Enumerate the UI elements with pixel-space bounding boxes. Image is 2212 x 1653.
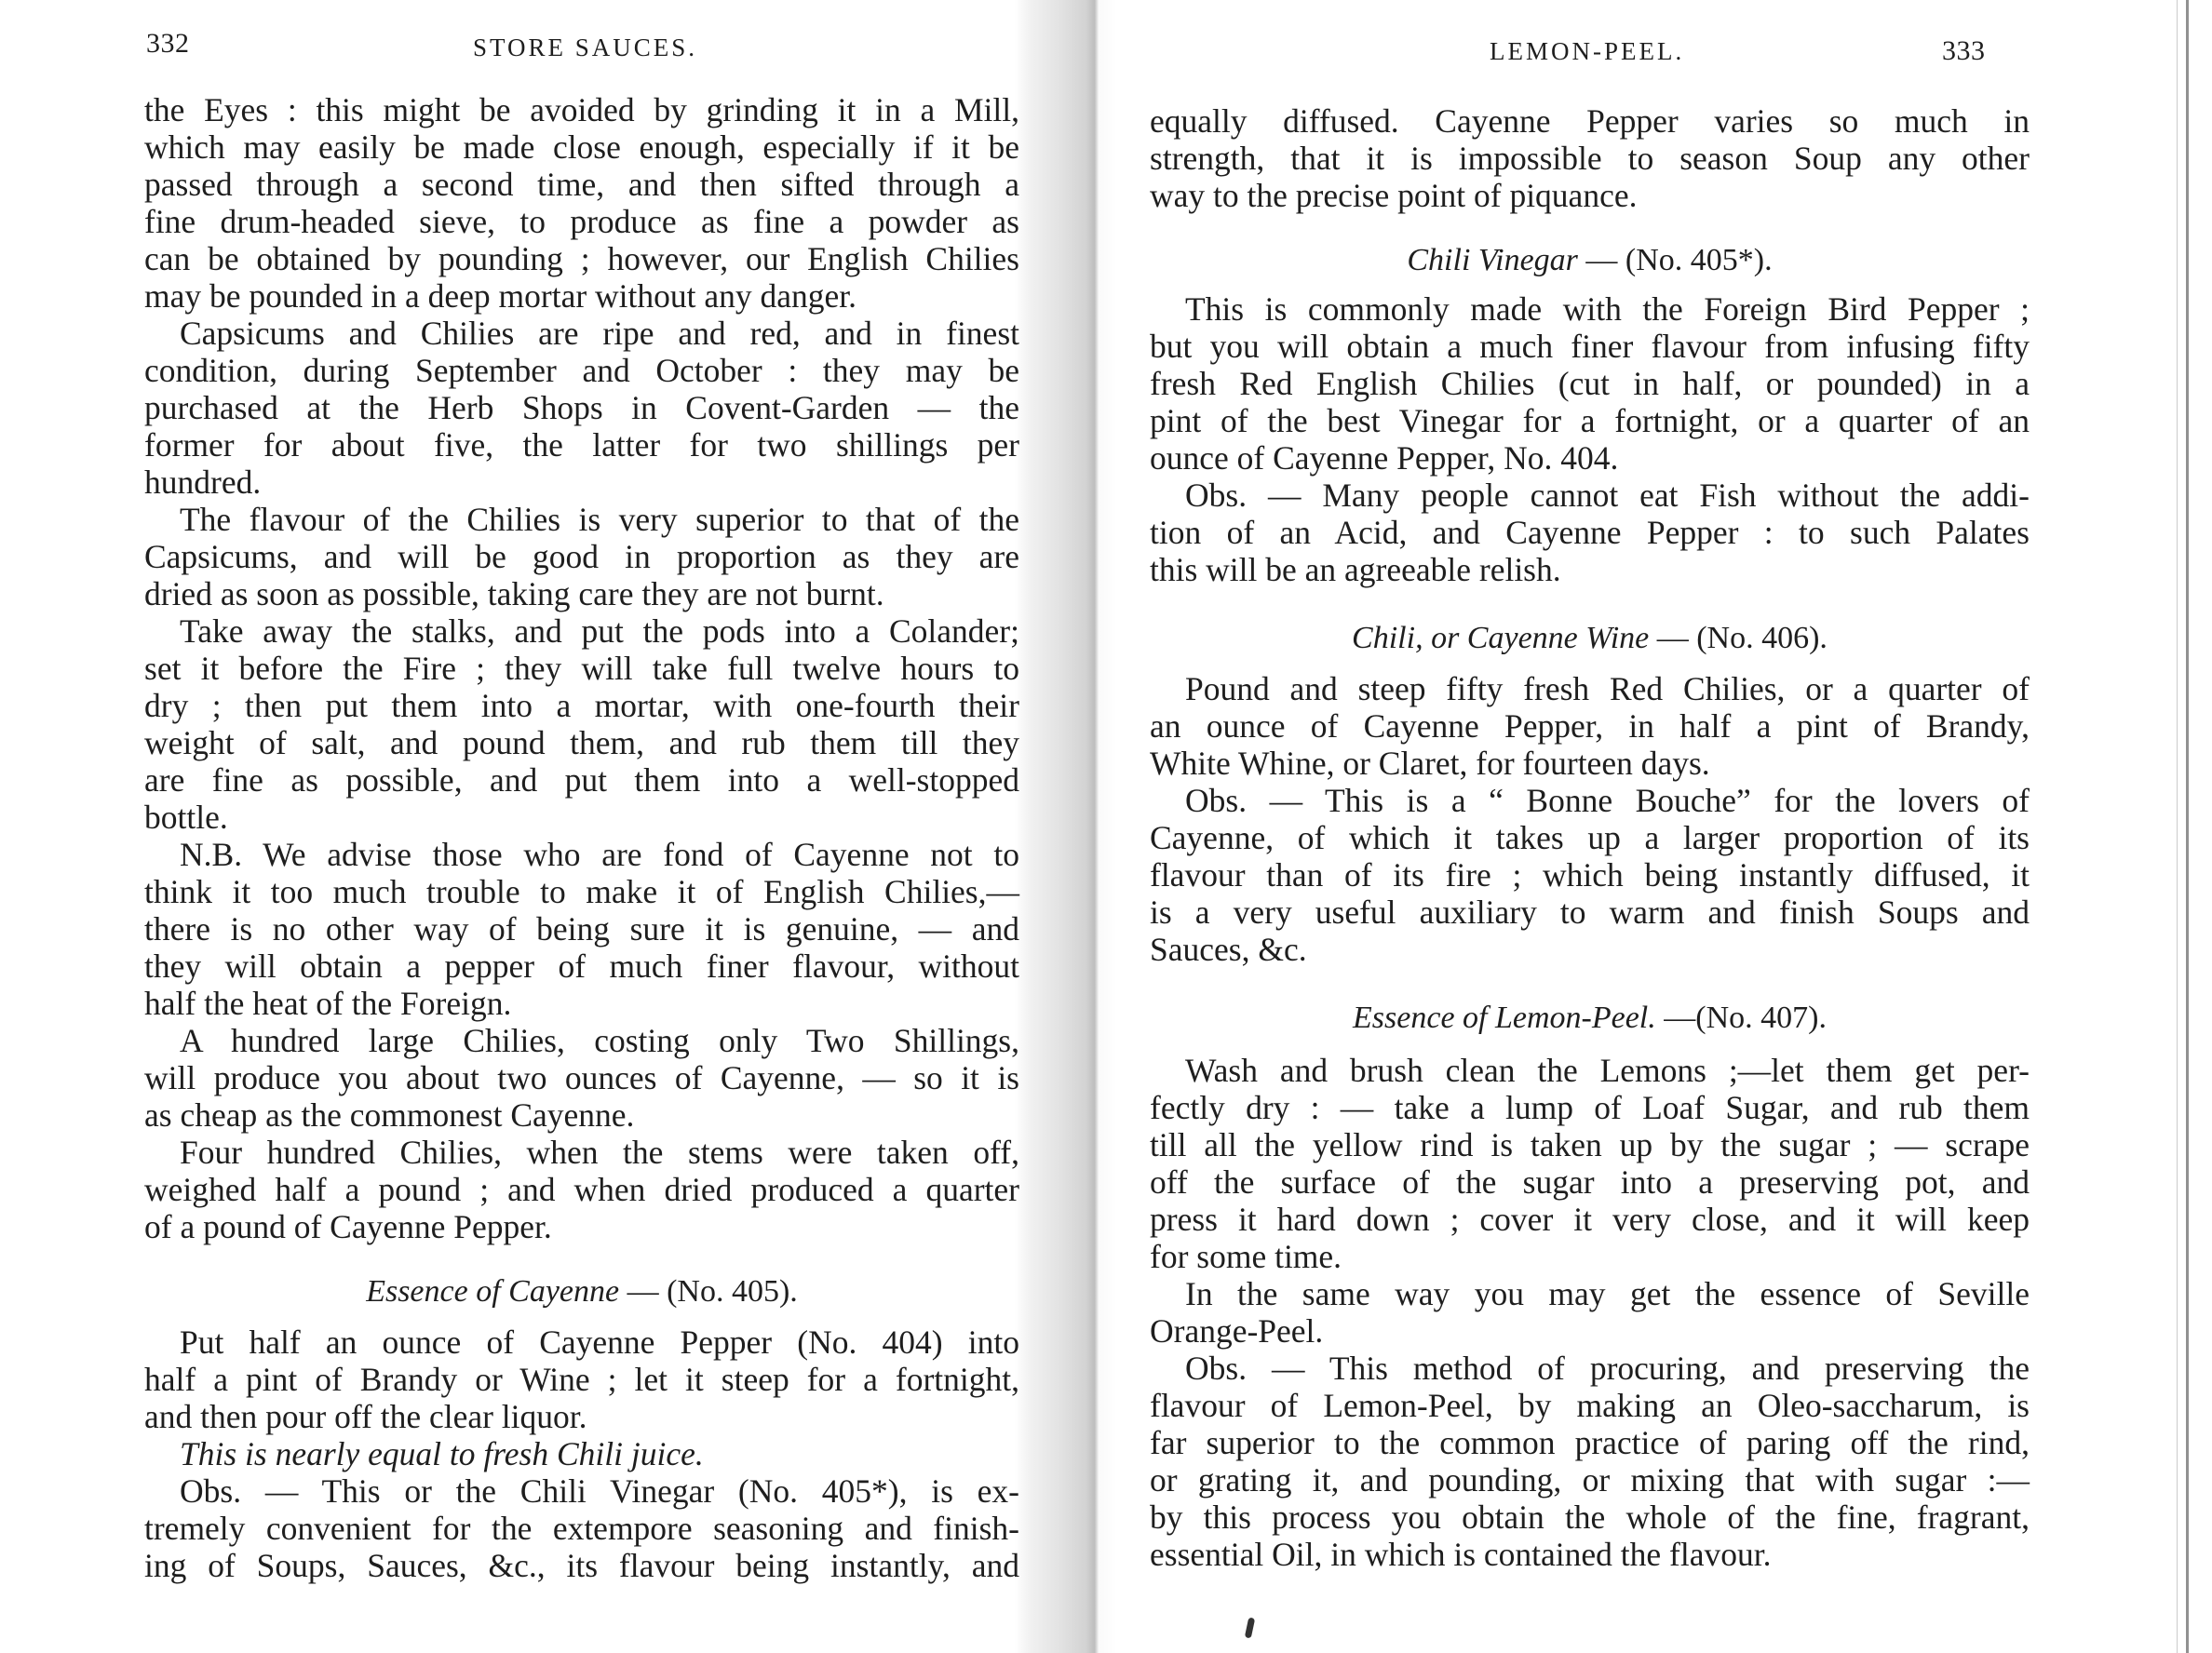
text-line: weight of salt, and pound them, and rub … bbox=[144, 724, 1019, 761]
text-line: by this process you obtain the whole of … bbox=[1150, 1498, 2030, 1536]
running-head: STORE SAUCES. bbox=[473, 34, 697, 62]
text-line: Cayenne, of which it takes up a larger p… bbox=[1150, 819, 2030, 856]
text-line: passed through a second time, and then s… bbox=[144, 166, 1019, 203]
text-line: and then pour off the clear liquor. bbox=[144, 1398, 1019, 1435]
text-line: flavour of Lemon-Peel, by making an Oleo… bbox=[1150, 1387, 2030, 1424]
text-line: is a very useful auxiliary to warm and f… bbox=[1150, 894, 2030, 931]
text-line: This is nearly equal to fresh Chili juic… bbox=[180, 1435, 1019, 1472]
text-line: condition, during September and October … bbox=[144, 352, 1019, 389]
text-line: are fine as possible, and put them into … bbox=[144, 761, 1019, 799]
paragraph: In the same way you may get the essence … bbox=[1150, 1275, 2030, 1312]
text-line: Obs. — This is a “ Bonne Bouche” for the… bbox=[1185, 782, 2030, 819]
paragraph: Obs. — This method of procuring, and pre… bbox=[1150, 1350, 2030, 1387]
text-line: tion of an Acid, and Cayenne Pepper : to… bbox=[1150, 514, 2030, 551]
page-number: 333 bbox=[1942, 35, 1986, 67]
paragraph-cont: weighed half a pound ; and when dried pr… bbox=[144, 1171, 1019, 1245]
text-line: In the same way you may get the essence … bbox=[1185, 1275, 2030, 1312]
text-line: Capsicums and Chilies are ripe and red, … bbox=[180, 315, 1019, 352]
page-number: 332 bbox=[146, 28, 190, 60]
text-line: strength, that it is impossible to seaso… bbox=[1150, 140, 2030, 177]
text-line: will produce you about two ounces of Cay… bbox=[144, 1059, 1019, 1096]
right-page: LEMON-PEEL. 333 equally diffused. Cayenn… bbox=[1080, 0, 2212, 1653]
paragraph: This is commonly made with the Foreign B… bbox=[1150, 290, 2030, 328]
text-line: Four hundred Chilies, when the stems wer… bbox=[180, 1134, 1019, 1171]
text-line: N.B. We advise those who are fond of Cay… bbox=[180, 836, 1019, 873]
paragraph-cont: think it too much trouble to make it of … bbox=[144, 873, 1019, 1022]
text-line: Obs. — This or the Chili Vinegar (No. 40… bbox=[180, 1472, 1019, 1510]
paragraph: Obs. — Many people cannot eat Fish witho… bbox=[1150, 477, 2030, 514]
text-line: Obs. — Many people cannot eat Fish witho… bbox=[1185, 477, 2030, 514]
left-page: 332 STORE SAUCES. the Eyes : this might … bbox=[0, 0, 1080, 1653]
paragraph-cont: half a pint of Brandy or Wine ; let it s… bbox=[144, 1361, 1019, 1435]
text-line: may be pounded in a deep mortar without … bbox=[144, 277, 1019, 315]
text-line: tremely convenient for the extempore sea… bbox=[144, 1510, 1019, 1547]
paragraph-cont: Orange-Peel. bbox=[1150, 1312, 2030, 1350]
text-line: Take away the stalks, and put the pods i… bbox=[180, 612, 1019, 650]
text-line: former for about five, the latter for tw… bbox=[144, 426, 1019, 464]
text-line: purchased at the Herb Shops in Covent-Ga… bbox=[144, 389, 1019, 426]
text-line: Sauces, &c. bbox=[1150, 931, 2030, 968]
paragraph-cont: Cayenne, of which it takes up a larger p… bbox=[1150, 819, 2030, 968]
paragraph-cont: flavour of Lemon-Peel, by making an Oleo… bbox=[1150, 1387, 2030, 1573]
text-line: there is no other way of being sure it i… bbox=[144, 910, 1019, 947]
recipe-number: — (No. 405*). bbox=[1585, 243, 1772, 277]
text-line: White Whine, or Claret, for fourteen day… bbox=[1150, 745, 2030, 782]
text-line: can be obtained by pounding ; however, o… bbox=[144, 240, 1019, 277]
text-line: dry ; then put them into a mortar, with … bbox=[144, 687, 1019, 724]
paragraph: The flavour of the Chilies is very super… bbox=[144, 501, 1019, 538]
paragraph: Four hundred Chilies, when the stems wer… bbox=[144, 1134, 1019, 1171]
recipe-number: — (No. 406). bbox=[1657, 621, 1828, 655]
text-line: or grating it, and pounding, or mixing t… bbox=[1150, 1461, 2030, 1498]
paragraph: Wash and brush clean the Lemons ;—let th… bbox=[1150, 1052, 2030, 1089]
text-line: flavour than of its fire ; which being i… bbox=[1150, 856, 2030, 894]
text-line: bottle. bbox=[144, 799, 1019, 836]
paragraph: the Eyes : this might be avoided by grin… bbox=[144, 91, 1019, 315]
text-line: of a pound of Cayenne Pepper. bbox=[144, 1208, 1019, 1245]
recipe-heading-405: Essence of Cayenne — (No. 405). bbox=[144, 1273, 1019, 1310]
paragraph-cont: fectly dry : — take a lump of Loaf Sugar… bbox=[1150, 1089, 2030, 1275]
paragraph-cont: tremely convenient for the extempore sea… bbox=[144, 1510, 1019, 1584]
paragraph: N.B. We advise those who are fond of Cay… bbox=[144, 836, 1019, 873]
paragraph-cont: condition, during September and October … bbox=[144, 352, 1019, 501]
text-line: press it hard down ; cover it very close… bbox=[1150, 1201, 2030, 1238]
text-line: half a pint of Brandy or Wine ; let it s… bbox=[144, 1361, 1019, 1398]
text-line: equally diffused. Cayenne Pepper varies … bbox=[1150, 102, 2030, 140]
text-line: Obs. — This method of procuring, and pre… bbox=[1185, 1350, 2030, 1387]
text-line: off the surface of the sugar into a pres… bbox=[1150, 1163, 2030, 1201]
recipe-heading-406: Chili, or Cayenne Wine — (No. 406). bbox=[1150, 620, 2030, 657]
text-line: ing of Soups, Sauces, &c., its flavour b… bbox=[144, 1547, 1019, 1584]
text-line: they will obtain a pepper of much finer … bbox=[144, 947, 1019, 985]
recipe-heading-405-star: Chili Vinegar — (No. 405*). bbox=[1150, 242, 2030, 279]
paragraph-italic: This is nearly equal to fresh Chili juic… bbox=[144, 1435, 1019, 1472]
text-line: but you will obtain a much finer flavour… bbox=[1150, 328, 2030, 365]
recipe-title: Chili Vinegar bbox=[1407, 243, 1578, 277]
text-line: as cheap as the commonest Cayenne. bbox=[144, 1096, 1019, 1134]
paragraph-cont: but you will obtain a much finer flavour… bbox=[1150, 328, 2030, 477]
paragraph-cont: equally diffused. Cayenne Pepper varies … bbox=[1150, 102, 2030, 214]
left-body: the Eyes : this might be avoided by grin… bbox=[144, 91, 1019, 1584]
recipe-title: Chili, or Cayenne Wine bbox=[1352, 621, 1649, 655]
paragraph-cont: tion of an Acid, and Cayenne Pepper : to… bbox=[1150, 514, 2030, 588]
text-line: dried as soon as possible, taking care t… bbox=[144, 575, 1019, 612]
text-line: the Eyes : this might be avoided by grin… bbox=[144, 91, 1019, 128]
paragraph-cont: set it before the Fire ; they will take … bbox=[144, 650, 1019, 836]
text-line: way to the precise point of piquance. bbox=[1150, 177, 2030, 214]
paragraph-cont: will produce you about two ounces of Cay… bbox=[144, 1059, 1019, 1134]
text-line: Wash and brush clean the Lemons ;—let th… bbox=[1185, 1052, 2030, 1089]
text-line: fectly dry : — take a lump of Loaf Sugar… bbox=[1150, 1089, 2030, 1126]
running-head: LEMON-PEEL. bbox=[1490, 37, 1684, 66]
text-line: fine drum-headed sieve, to produce as fi… bbox=[144, 203, 1019, 240]
text-line: hundred. bbox=[144, 464, 1019, 501]
paragraph: Take away the stalks, and put the pods i… bbox=[144, 612, 1019, 650]
paragraph: Put half an ounce of Cayenne Pepper (No.… bbox=[144, 1324, 1019, 1361]
text-line: this will be an agreeable relish. bbox=[1150, 551, 2030, 588]
recipe-number: —(No. 407). bbox=[1664, 1001, 1827, 1035]
text-line: an ounce of Cayenne Pepper, in half a pi… bbox=[1150, 707, 2030, 745]
text-line: essential Oil, in which is contained the… bbox=[1150, 1536, 2030, 1573]
text-line: set it before the Fire ; they will take … bbox=[144, 650, 1019, 687]
paragraph: Pound and steep fifty fresh Red Chilies,… bbox=[1150, 670, 2030, 707]
recipe-number: — (No. 405). bbox=[627, 1274, 798, 1309]
text-line: ounce of Cayenne Pepper, No. 404. bbox=[1150, 439, 2030, 477]
text-line: A hundred large Chilies, costing only Tw… bbox=[180, 1022, 1019, 1059]
text-line: half the heat of the Foreign. bbox=[144, 985, 1019, 1022]
recipe-title: Essence of Lemon-Peel. bbox=[1353, 1001, 1656, 1035]
text-line: till all the yellow rind is taken up by … bbox=[1150, 1126, 2030, 1163]
text-line: far superior to the common practice of p… bbox=[1150, 1424, 2030, 1461]
right-body: equally diffused. Cayenne Pepper varies … bbox=[1150, 102, 2030, 1573]
recipe-heading-407: Essence of Lemon-Peel. —(No. 407). bbox=[1150, 1000, 2030, 1037]
text-line: think it too much trouble to make it of … bbox=[144, 873, 1019, 910]
text-line: Orange-Peel. bbox=[1150, 1312, 2030, 1350]
paragraph-cont: Capsicums, and will be good in proportio… bbox=[144, 538, 1019, 612]
text-line: which may easily be made close enough, e… bbox=[144, 128, 1019, 166]
recipe-title: Essence of Cayenne bbox=[366, 1274, 619, 1309]
text-line: weighed half a pound ; and when dried pr… bbox=[144, 1171, 1019, 1208]
text-line: Put half an ounce of Cayenne Pepper (No.… bbox=[180, 1324, 1019, 1361]
text-line: This is commonly made with the Foreign B… bbox=[1185, 290, 2030, 328]
paragraph-cont: an ounce of Cayenne Pepper, in half a pi… bbox=[1150, 707, 2030, 782]
paragraph: A hundred large Chilies, costing only Tw… bbox=[144, 1022, 1019, 1059]
paragraph: Capsicums and Chilies are ripe and red, … bbox=[144, 315, 1019, 352]
text-line: pint of the best Vinegar for a fortnight… bbox=[1150, 402, 2030, 439]
text-line: for some time. bbox=[1150, 1238, 2030, 1275]
text-line: fresh Red English Chilies (cut in half, … bbox=[1150, 365, 2030, 402]
text-line: The flavour of the Chilies is very super… bbox=[180, 501, 1019, 538]
paragraph: Obs. — This or the Chili Vinegar (No. 40… bbox=[144, 1472, 1019, 1510]
paragraph: Obs. — This is a “ Bonne Bouche” for the… bbox=[1150, 782, 2030, 819]
text-line: Pound and steep fifty fresh Red Chilies,… bbox=[1185, 670, 2030, 707]
text-line: Capsicums, and will be good in proportio… bbox=[144, 538, 1019, 575]
